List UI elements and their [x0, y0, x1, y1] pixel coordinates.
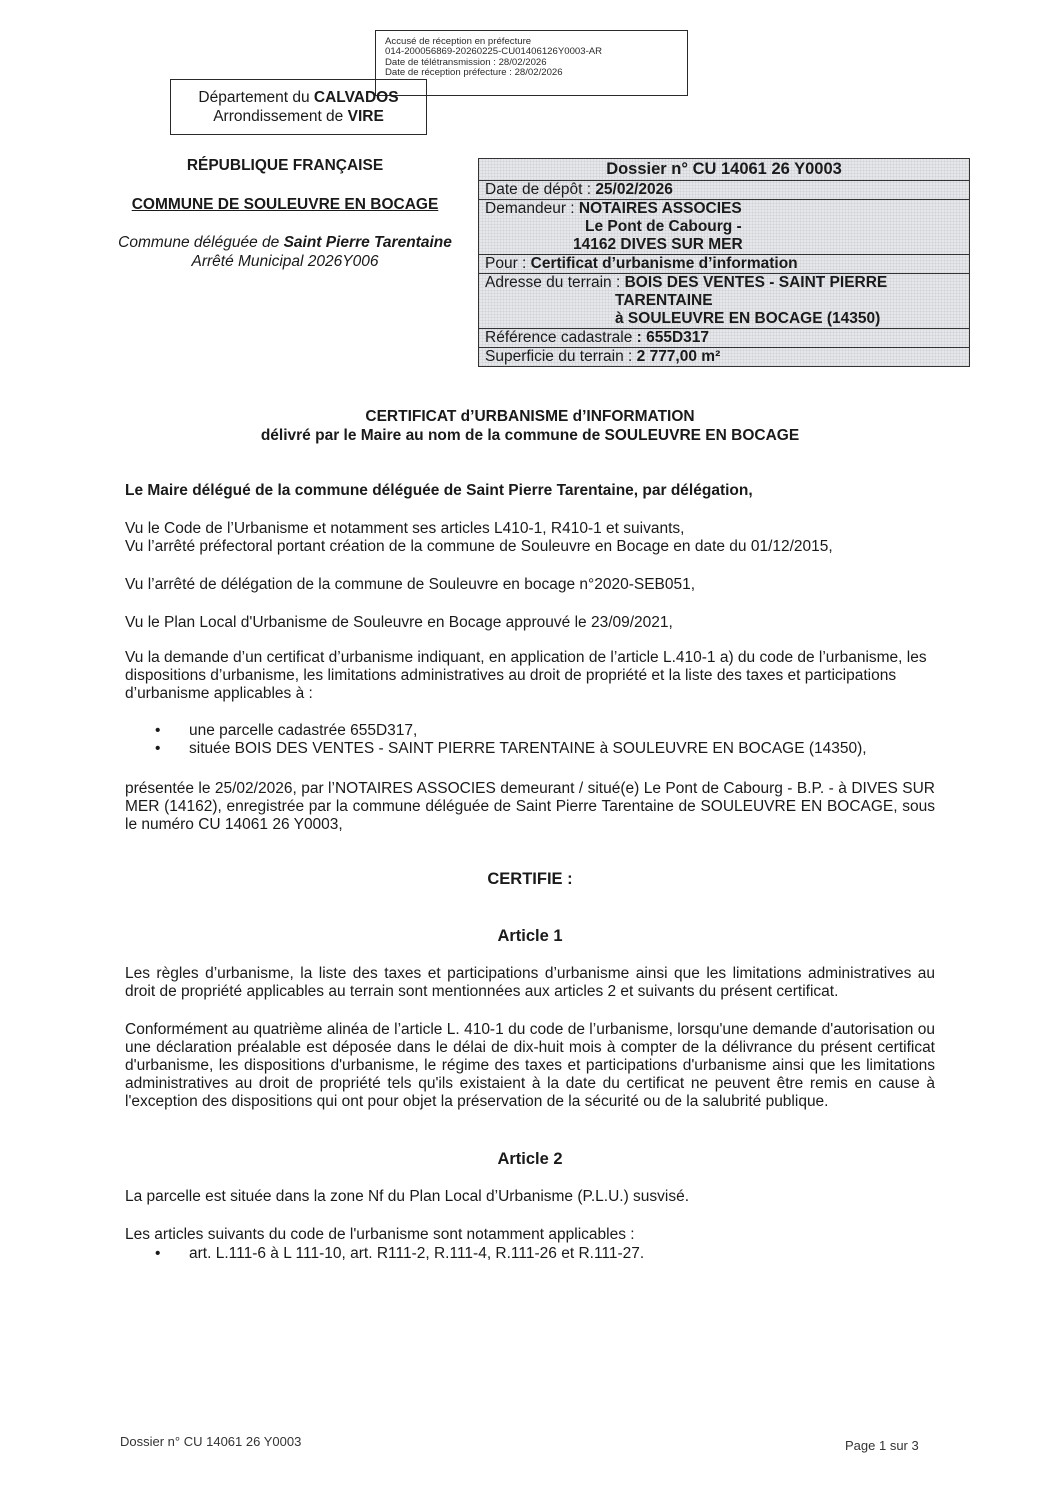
adresse-line-1: BOIS DES VENTES - SAINT PIERRE	[625, 274, 888, 291]
arrondissement-line: Arrondissement de VIRE	[171, 108, 426, 127]
bullet-icon: •	[155, 740, 160, 758]
dossier-row-adresse: Adresse du terrain : BOIS DES VENTES - S…	[479, 274, 969, 329]
vu-arrete-delegation: Vu l’arrêté de délégation de la commune …	[125, 576, 935, 594]
articles-bullet-list: •art. L.111-6 à L 111-10, art. R111-2, R…	[155, 1245, 935, 1263]
article-1-heading: Article 1	[100, 927, 960, 946]
commune-heading: COMMUNE DE SOULEUVRE EN BOCAGE	[100, 196, 470, 214]
commune-deleguee-block: Commune déléguée de Saint Pierre Tarenta…	[100, 233, 470, 271]
footer-dossier-number: Dossier n° CU 14061 26 Y0003	[120, 1434, 301, 1449]
article-1-paragraph-2: Conformément au quatrième alinéa de l’ar…	[125, 1021, 935, 1111]
list-item: •une parcelle cadastrée 655D317,	[155, 722, 935, 740]
document-title: CERTIFICAT d’URBANISME d’INFORMATION dél…	[100, 407, 960, 445]
vu-arrete-prefectoral: Vu l’arrêté préfectoral portant création…	[125, 538, 935, 556]
vu-plu: Vu le Plan Local d'Urbanisme de Souleuvr…	[125, 614, 935, 632]
cadastre-value: : 655D317	[637, 329, 709, 346]
republic-heading: RÉPUBLIQUE FRANÇAISE	[100, 157, 470, 175]
adresse-line-3: à SOULEUVRE EN BOCAGE (14350)	[615, 310, 880, 327]
department-line: Département du CALVADOS	[171, 89, 426, 108]
article-2-heading: Article 2	[100, 1150, 960, 1169]
pour-value: Certificat d’urbanisme d’information	[531, 255, 798, 272]
certifie-heading: CERTIFIE :	[100, 870, 960, 889]
vu-code-urbanisme: Vu le Code de l’Urbanisme et notamment s…	[125, 520, 935, 538]
vu-demande: Vu la demande d’un certificat d’urbanism…	[125, 649, 935, 703]
dossier-info-table: Dossier n° CU 14061 26 Y0003 Date de dép…	[478, 158, 970, 367]
stamp-reception-date: Date de réception préfecture : 28/02/202…	[385, 68, 687, 78]
dossier-number: Dossier n° CU 14061 26 Y0003	[479, 159, 969, 181]
dossier-row-pour: Pour : Certificat d’urbanisme d’informat…	[479, 255, 969, 274]
dossier-row-cadastre: Référence cadastrale : 655D317	[479, 329, 969, 348]
department-box: Département du CALVADOS Arrondissement d…	[170, 79, 427, 135]
department-name: CALVADOS	[314, 89, 399, 106]
demandeur-address-1: Le Pont de Cabourg -	[585, 218, 742, 235]
list-item: •située BOIS DES VENTES - SAINT PIERRE T…	[155, 740, 935, 758]
list-item: •art. L.111-6 à L 111-10, art. R111-2, R…	[155, 1245, 935, 1263]
maire-delegue-line: Le Maire délégué de la commune déléguée …	[125, 482, 935, 500]
commune-deleguee-name: Saint Pierre Tarentaine	[284, 234, 452, 251]
bullet-icon: •	[155, 722, 160, 740]
superficie-value: 2 777,00 m²	[637, 348, 721, 365]
dossier-row-demandeur: Demandeur : NOTAIRES ASSOCIES Le Pont de…	[479, 200, 969, 255]
depot-date: 25/02/2026	[595, 181, 673, 198]
presentee-paragraph: présentée le 25/02/2026, par l’NOTAIRES …	[125, 780, 935, 834]
arrondissement-name: VIRE	[348, 108, 384, 125]
article-2-paragraph-2: Les articles suivants du code de l'urban…	[125, 1226, 935, 1244]
parcel-bullet-list: •une parcelle cadastrée 655D317, •située…	[155, 722, 935, 758]
dossier-row-superficie: Superficie du terrain : 2 777,00 m²	[479, 348, 969, 366]
article-1-paragraph-1: Les règles d’urbanisme, la liste des tax…	[125, 965, 935, 1001]
demandeur-name: NOTAIRES ASSOCIES	[579, 200, 742, 217]
adresse-line-2: TARENTAINE	[615, 292, 713, 309]
title-line-1: CERTIFICAT d’URBANISME d’INFORMATION	[100, 407, 960, 426]
article-2-paragraph-1: La parcelle est située dans la zone Nf d…	[125, 1188, 935, 1206]
title-line-2: délivré par le Maire au nom de la commun…	[100, 426, 960, 445]
footer-page-number: Page 1 sur 3	[845, 1438, 919, 1453]
dossier-row-depot: Date de dépôt : 25/02/2026	[479, 181, 969, 200]
arrete-municipal: Arrêté Municipal 2026Y006	[100, 252, 470, 271]
demandeur-address-2: 14162 DIVES SUR MER	[573, 236, 743, 253]
bullet-icon: •	[155, 1245, 160, 1263]
